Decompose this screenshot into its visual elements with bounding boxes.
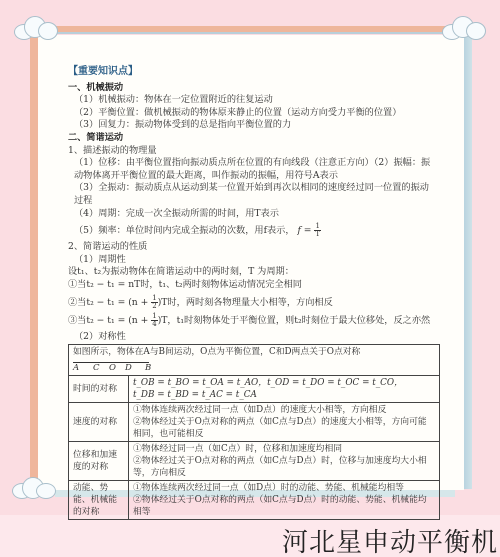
section-2-heading: 二、简谐运动 [68,132,438,145]
row-label: 时间的对称 [69,376,129,403]
physical-quantity-item: （1）位移：由平衡位置指向振动质点所在位置的有向线段（注意正方向）（2）振幅：振… [68,157,438,182]
frame-top-border [55,26,455,34]
row-content: t_OB = t_BO = t_OA = t_AO，t_OD = t_DO = … [129,376,440,403]
subsection-2-heading: 2、简谐运动的性质 [68,241,438,254]
cloud-icon-top-left [12,14,60,44]
frame-right-border [464,34,472,489]
periodicity-heading: （1）周期性 [68,254,438,267]
frequency-item: （5）频率：单位时间内完成全振动的次数，用f表示， f = 1 T [68,223,438,238]
cloud-icon-top-right [440,14,488,44]
frequency-fraction: 1 T [314,223,320,238]
frame-left-border [30,34,38,489]
table-intro-cell: 如图所示，物体在A与B间运动，O点为平衡位置，C和D两点关于O点对称 A C O… [69,345,440,376]
document-content: 【重要知识点】 一、机械振动 （1）机械振动：物体在一定位置附近的往复运动 （2… [68,66,438,520]
key-points-title: 【重要知识点】 [68,66,438,79]
section-1-item: （3）回复力：振动物体受到的总是指向平衡位置的力 [68,119,438,132]
section-1-item: （1）机械振动：物体在一定位置附近的往复运动 [68,94,438,107]
periodicity-rule-1: ①当t₂ − t₁ = nT时，t₁、t₂两时刻物体运动情况完全相同 [68,279,438,292]
symmetry-table: 如图所示，物体在A与B间运动，O点为平衡位置，C和D两点关于O点对称 A C O… [68,344,440,520]
periodicity-rule-3: ③当t₂ − t₁ = (n + 14)T，t₁时刻物体处于平衡位置，则t₂时刻… [68,313,438,328]
symmetry-heading: （2）对称性 [68,331,438,344]
section-1-heading: 一、机械振动 [68,82,438,95]
physical-quantity-item: （4）周期：完成一次全振动所需的时间，用T表示 [68,208,438,221]
table-row: 位移和加速度的对称 ①物体经过同一点（如C点）时，位移和加速度均相同 ②物体经过… [69,442,440,481]
cloud-icon-bottom-left [10,475,58,505]
watermark-text: 河北星申动平衡机 [282,522,498,557]
row-content: ①物体连续两次经过同一点（如D点）的速度大小相等，方向相反 ②物体经过关于O点对… [129,403,440,442]
axis-diagram: A C O D B [73,360,435,374]
table-row: 速度的对称 ①物体连续两次经过同一点（如D点）的速度大小相等，方向相反 ②物体经… [69,403,440,442]
row-label: 动能、势能、机械能的对称 [69,481,129,520]
table-row: 时间的对称 t_OB = t_BO = t_OA = t_AO，t_OD = t… [69,376,440,403]
row-label: 位移和加速度的对称 [69,442,129,481]
table-row: 动能、势能、机械能的对称 ①物体连续两次经过同一点（如D点）时的动能、势能、机械… [69,481,440,520]
row-content: ①物体连续两次经过同一点（如D点）时的动能、势能、机械能均相等 ②物体经过关于O… [129,481,440,520]
table-row: 如图所示，物体在A与B间运动，O点为平衡位置，C和D两点关于O点对称 A C O… [69,345,440,376]
section-1-item: （2）平衡位置：做机械振动的物体原来静止的位置（运动方向受力平衡的位置） [68,107,438,120]
periodicity-intro: 设t₁、t₂为振动物体在简谐运动中的两时刻，T 为周期： [68,266,438,279]
periodicity-rule-2: ②当t₂ − t₁ = (n + 12)T时，两时刻各物理量大小相等，方向相反 [68,295,438,310]
physical-quantity-item: （3）全振动：振动质点从运动到某一位置开始到再次以相同的速度经过同一位置的振动过… [68,182,438,207]
row-label: 速度的对称 [69,403,129,442]
subsection-1-heading: 1、描述振动的物理量 [68,145,438,158]
row-content: ①物体经过同一点（如C点）时，位移和加速度均相同 ②物体经过关于O点对称的两点（… [129,442,440,481]
